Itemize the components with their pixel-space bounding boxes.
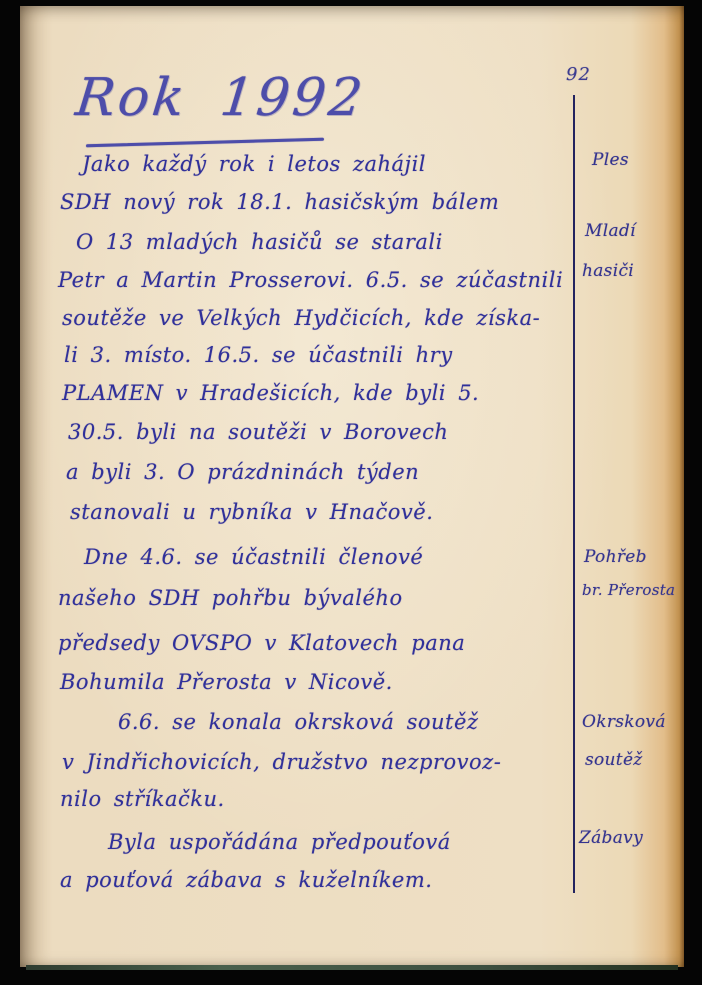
handwritten-line: nilo stříkačku. xyxy=(60,787,225,811)
page-title: Rok 1992 xyxy=(73,68,368,128)
margin-note-okrskova: Okrsková xyxy=(582,712,666,732)
handwritten-line: Dne 4.6. se účastnili členové xyxy=(84,545,423,569)
margin-note-mladi: Mladí xyxy=(585,221,636,241)
chronicle-paper-page xyxy=(20,6,684,967)
handwritten-line: 6.6. se konala okrsková soutěž xyxy=(118,710,478,734)
handwritten-line: stanovali u rybníka v Hnačově. xyxy=(70,500,433,524)
handwritten-line: Jako každý rok i letos zahájil xyxy=(82,152,426,176)
handwritten-line: předsedy OVSPO v Klatovech pana xyxy=(58,631,465,655)
next-page-edge xyxy=(26,965,678,970)
handwritten-line: SDH nový rok 18.1. hasičským bálem xyxy=(60,190,499,214)
handwritten-line: 30.5. byli na soutěži v Borovech xyxy=(68,420,448,444)
handwritten-line: v Jindřichovicích, družstvo nezprovoz- xyxy=(62,750,501,774)
handwritten-line: a pouťová zábava s kuželníkem. xyxy=(60,868,432,892)
handwritten-line: Bohumila Přerosta v Nicově. xyxy=(60,670,393,694)
margin-note-zabavy: Zábavy xyxy=(579,828,643,848)
margin-note-ples: Ples xyxy=(592,150,629,170)
margin-note-pohreb: Pohřeb xyxy=(584,547,647,567)
handwritten-line: našeho SDH pohřbu bývalého xyxy=(58,586,403,610)
handwritten-line: li 3. místo. 16.5. se účastnili hry xyxy=(64,343,453,367)
margin-rule-line xyxy=(573,95,575,893)
margin-note-soutez: soutěž xyxy=(585,750,643,770)
margin-note-br-prerosta: br. Přerosta xyxy=(582,581,675,599)
handwritten-line: Petr a Martin Prosserovi. 6.5. se zúčast… xyxy=(58,268,563,292)
handwritten-line: a byli 3. O prázdninách týden xyxy=(66,460,419,484)
handwritten-line: Byla uspořádána předpouťová xyxy=(108,830,451,854)
scanned-chronicle-photo: 92 Rok 1992 Jako každý rok i letos zaháj… xyxy=(0,0,702,985)
handwritten-line: soutěže ve Velkých Hydčicích, kde získa- xyxy=(62,306,540,330)
margin-note-hasici: hasiči xyxy=(582,261,634,281)
handwritten-line: O 13 mladých hasičů se starali xyxy=(76,230,443,254)
page-number: 92 xyxy=(566,64,591,85)
handwritten-line: PLAMEN v Hradešicích, kde byli 5. xyxy=(62,381,479,405)
